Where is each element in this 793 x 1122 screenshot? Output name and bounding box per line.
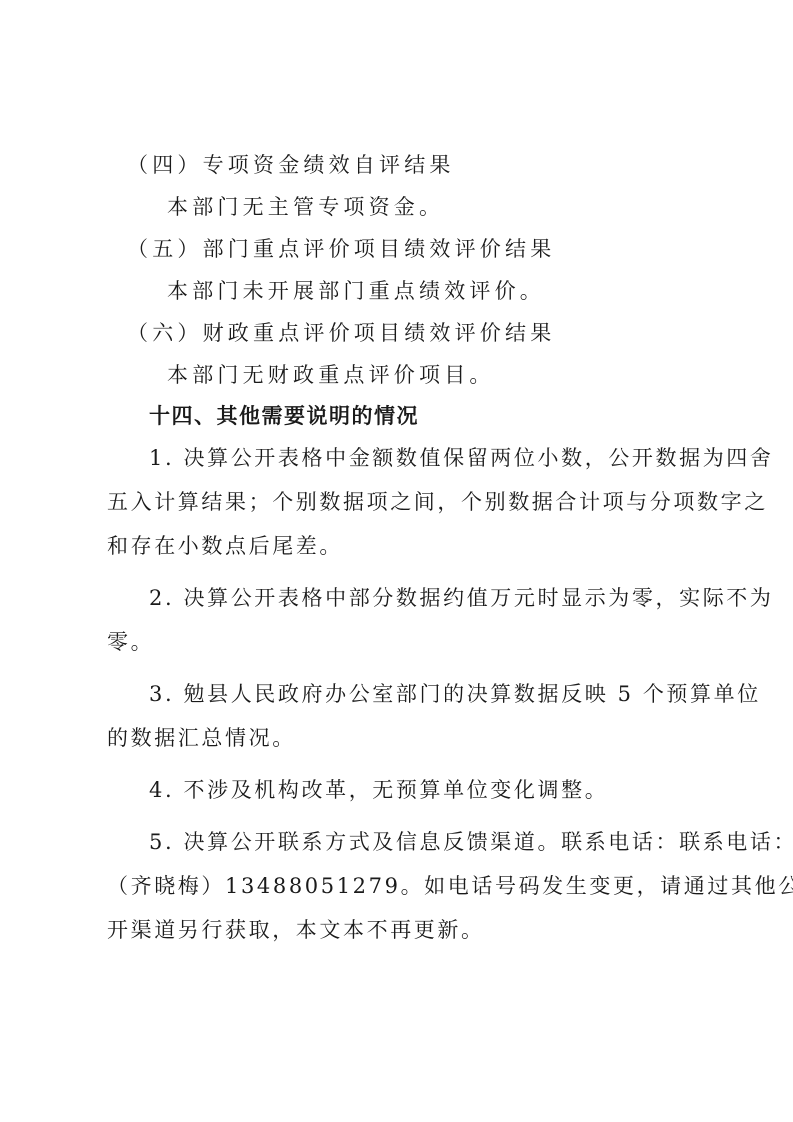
note-item-4: 4. 不涉及机构改革，无预算单位变化调整。 (107, 768, 695, 812)
subsection-heading-6: （六）财政重点评价项目绩效评价结果 (107, 312, 695, 354)
note-line: 和存在小数点后尾差。 (107, 524, 695, 568)
note-line: 五入计算结果；个别数据项之间，个别数据合计项与分项数字之 (107, 480, 695, 524)
section-title: 十四、其他需要说明的情况 (107, 396, 695, 436)
subsection-heading-5: （五）部门重点评价项目绩效评价结果 (107, 228, 695, 270)
note-item-3: 3. 勉县人民政府办公室部门的决算数据反映 5 个预算单位 的数据汇总情况。 (107, 672, 695, 760)
note-line: 零。 (107, 620, 695, 664)
note-line: 1. 决算公开表格中金额数值保留两位小数，公开数据为四舍 (107, 436, 695, 480)
document-page: （四）专项资金绩效自评结果 本部门无主管专项资金。 （五）部门重点评价项目绩效评… (107, 144, 695, 952)
subsection-heading-4: （四）专项资金绩效自评结果 (107, 144, 695, 186)
note-line: （齐晓梅）13488051279。如电话号码发生变更，请通过其他公 (107, 864, 695, 908)
note-line: 4. 不涉及机构改革，无预算单位变化调整。 (107, 768, 695, 812)
subsection-body-6: 本部门无财政重点评价项目。 (107, 354, 695, 396)
note-item-5: 5. 决算公开联系方式及信息反馈渠道。联系电话：联系电话： （齐晓梅）13488… (107, 820, 695, 952)
note-line: 的数据汇总情况。 (107, 716, 695, 760)
subsection-body-5: 本部门未开展部门重点绩效评价。 (107, 270, 695, 312)
note-line: 3. 勉县人民政府办公室部门的决算数据反映 5 个预算单位 (107, 672, 695, 716)
note-line: 开渠道另行获取，本文本不再更新。 (107, 908, 695, 952)
note-item-1: 1. 决算公开表格中金额数值保留两位小数，公开数据为四舍 五入计算结果；个别数据… (107, 436, 695, 568)
subsection-body-4: 本部门无主管专项资金。 (107, 186, 695, 228)
note-line: 2. 决算公开表格中部分数据约值万元时显示为零，实际不为 (107, 576, 695, 620)
note-line: 5. 决算公开联系方式及信息反馈渠道。联系电话：联系电话： (107, 820, 695, 864)
note-item-2: 2. 决算公开表格中部分数据约值万元时显示为零，实际不为 零。 (107, 576, 695, 664)
